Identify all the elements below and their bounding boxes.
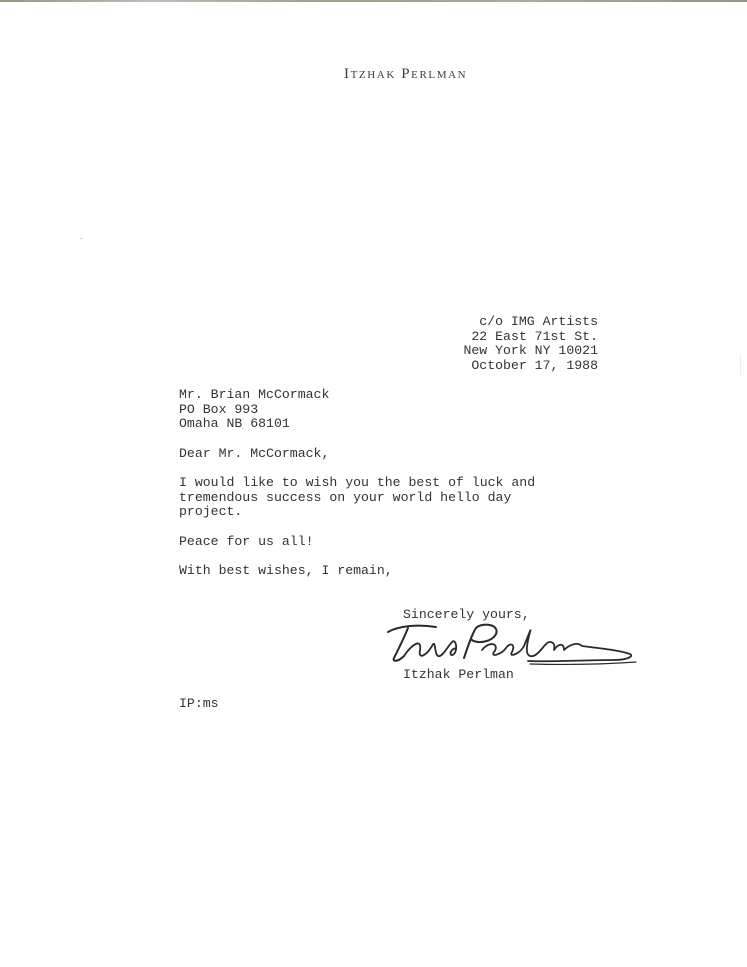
recipient-address-line: Omaha NB 68101: [179, 417, 329, 432]
sender-address: c/o IMG Artists22 East 71st St.New York …: [463, 315, 598, 373]
paper-speck: [80, 238, 82, 239]
body-line: I would like to wish you the best of luc…: [179, 476, 535, 491]
sender-address-line: New York NY 10021: [463, 344, 598, 359]
sender-address-line: 22 East 71st St.: [463, 330, 598, 345]
recipient-name: Mr. Brian McCormack: [179, 388, 329, 403]
peace-line: Peace for us all!: [179, 535, 314, 550]
salutation: Dear Mr. McCormack,: [179, 447, 329, 462]
reference-initials: IP:ms: [179, 697, 219, 712]
sender-address-line: c/o IMG Artists: [463, 315, 598, 330]
body-paragraph: I would like to wish you the best of luc…: [179, 476, 535, 520]
closing-line: With best wishes, I remain,: [179, 564, 393, 579]
letter-date: October 17, 1988: [463, 359, 598, 374]
body-line: tremendous success on your world hello d…: [179, 491, 535, 506]
body-line: project.: [179, 505, 535, 520]
paper-mark: [740, 355, 741, 375]
page-top-edge: [0, 0, 747, 2]
recipient-address: Mr. Brian McCormackPO Box 993Omaha NB 68…: [179, 388, 329, 432]
recipient-address-line: PO Box 993: [179, 403, 329, 418]
letterhead: Itzhak Perlman: [344, 66, 467, 83]
signer-name: Itzhak Perlman: [403, 668, 514, 683]
signature-icon: [378, 620, 640, 670]
